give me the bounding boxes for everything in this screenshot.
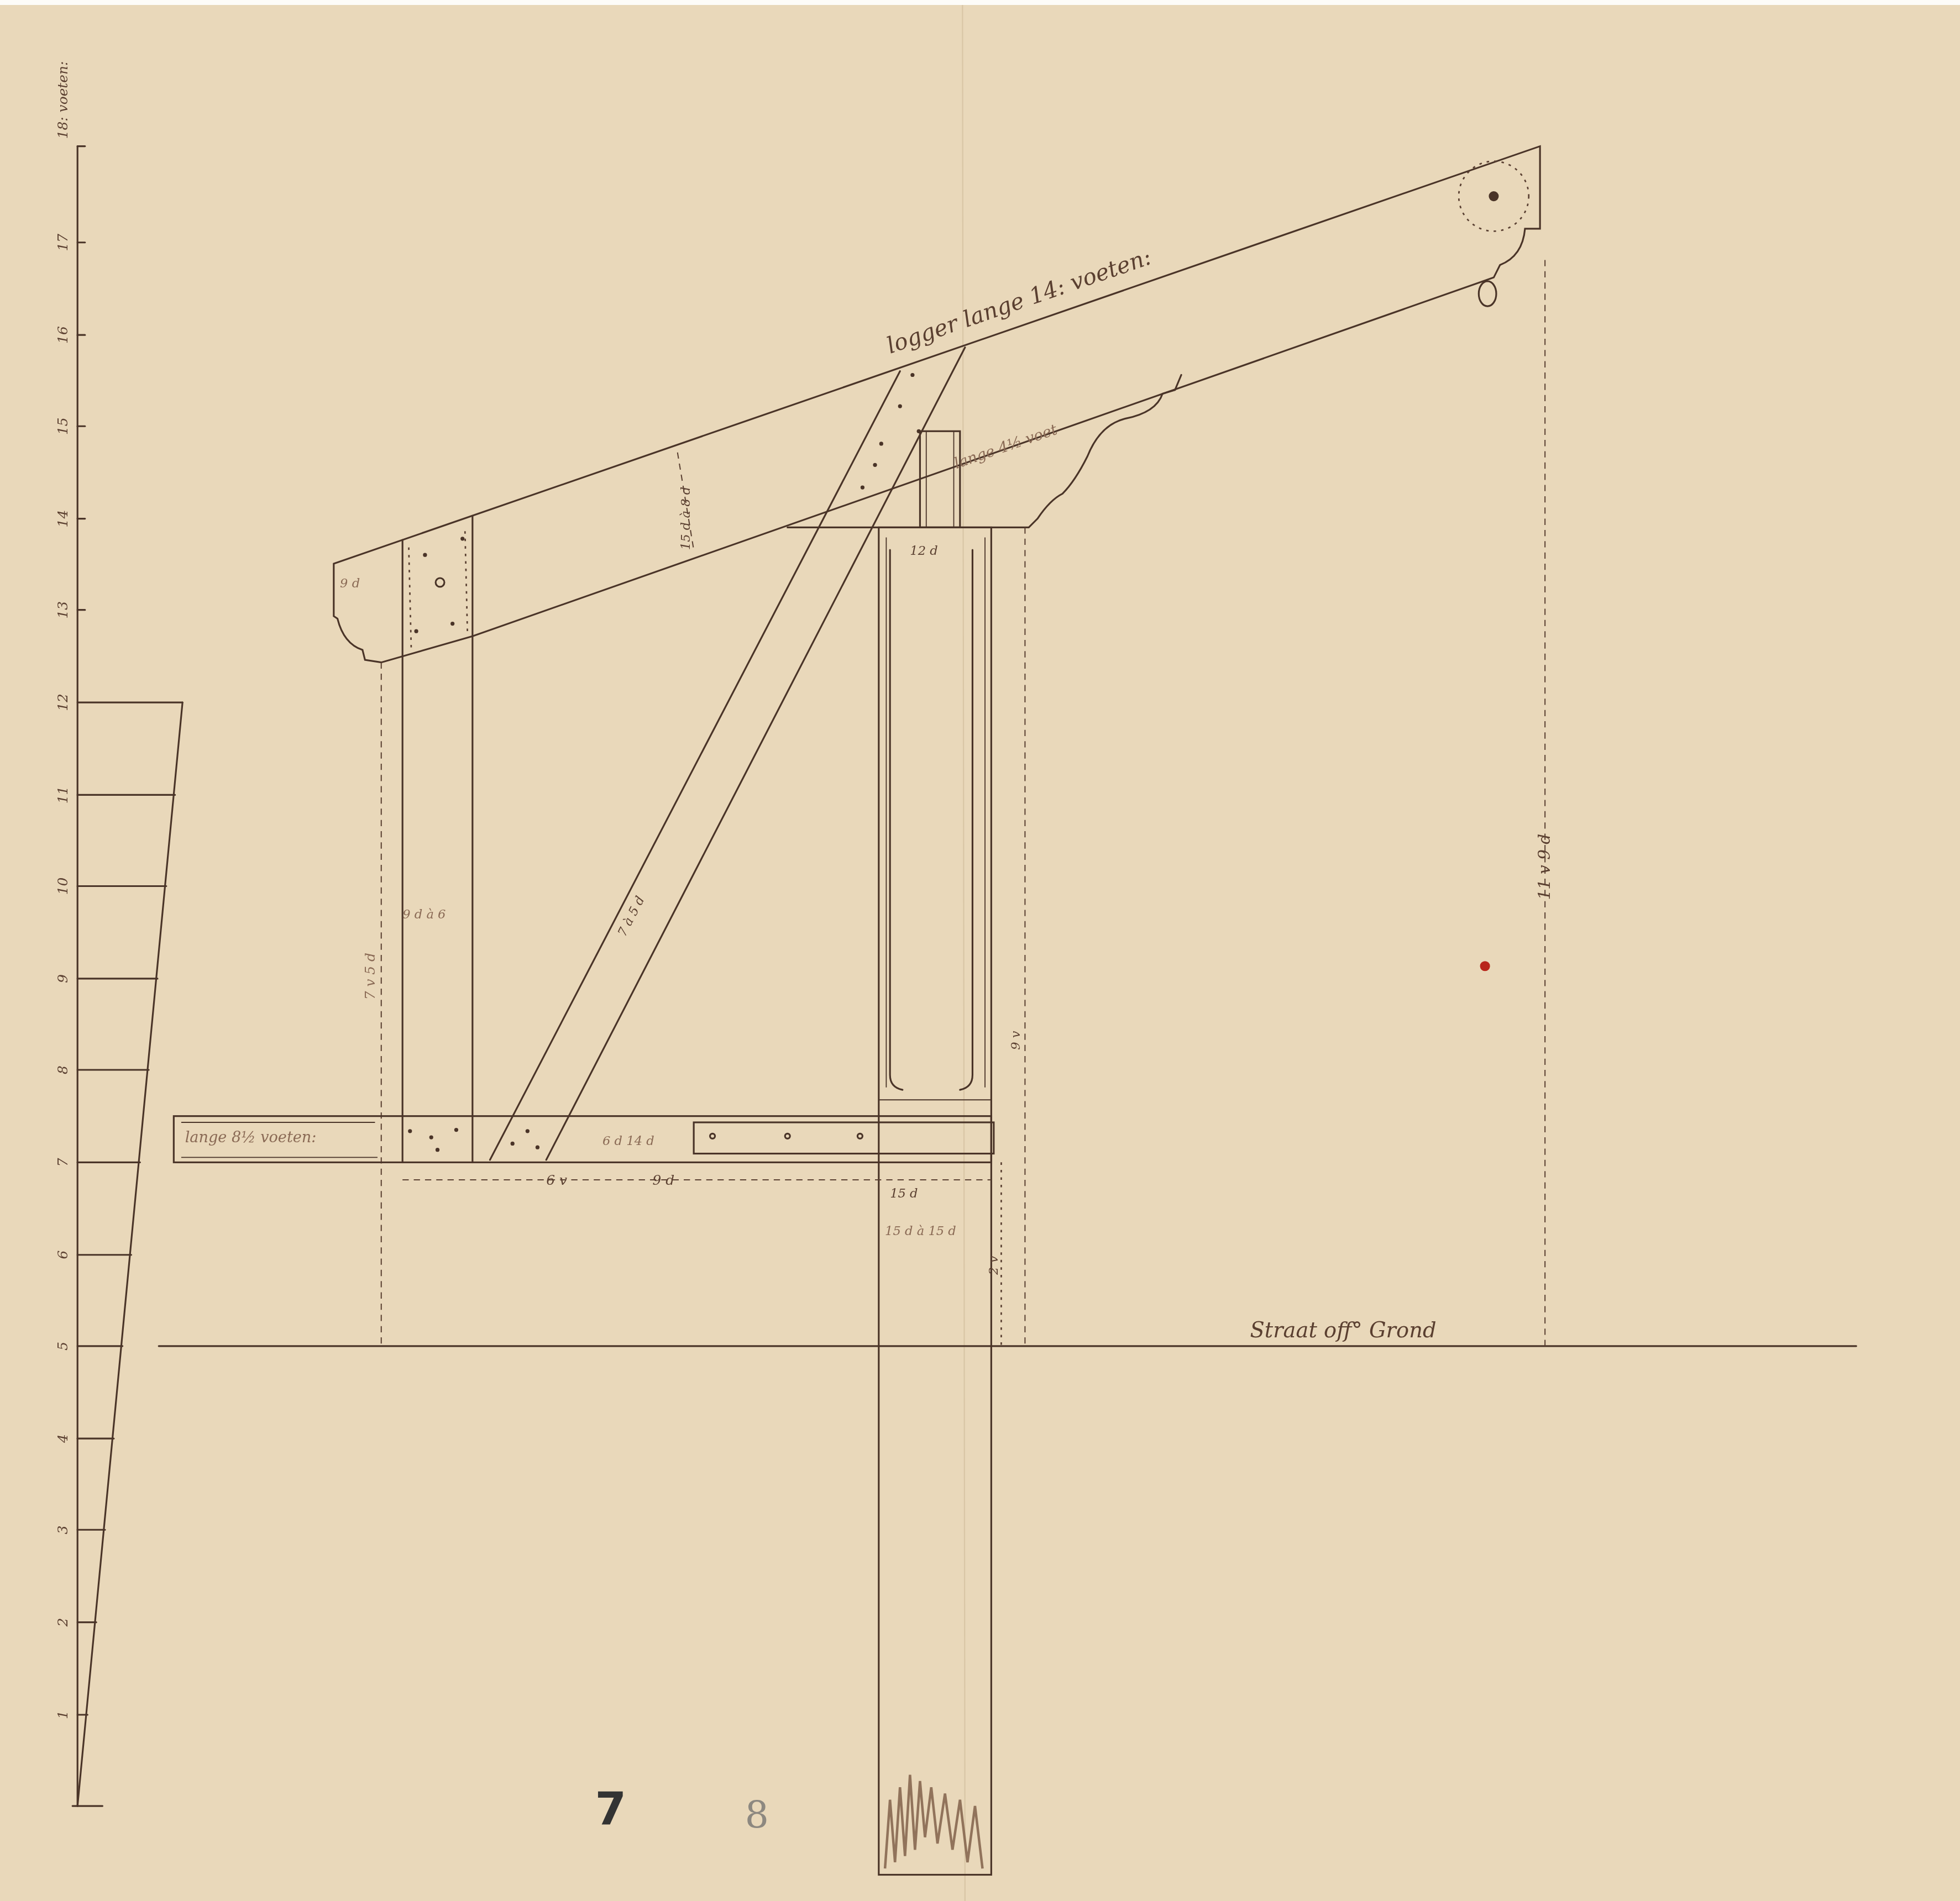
scale-tick-label: 5 [55,1342,71,1351]
dim-beam-end: 9 d [340,576,360,591]
scale-tick-label: 2 [55,1618,71,1627]
scale-tick-label: 15 [55,417,71,435]
scale-tick-label: 3 [55,1525,71,1534]
drawing-sheet: 1 2 3 4 5 6 7 8 9 10 11 12 13 14 15 16 1… [0,0,1960,1901]
dim-span-right: 9 d [652,1172,674,1188]
scale-tick-label: 6 [55,1251,71,1259]
scale-tick-label: 11 [55,786,71,804]
dim-left-post-width: 9 d à 6 [402,907,446,922]
scale-tick-label: 1 [55,1710,71,1719]
scale-tick-label: 17 [55,234,71,251]
scale-tick-label: 10 [55,878,71,895]
dim-span-left: 6 v [546,1172,567,1188]
scale-tick-label: 12 [55,694,71,711]
scale-tick-label: 16 [55,326,71,344]
dim-post-width-upper: 15 d [890,1186,918,1201]
scale-tick-label: 8 [55,1065,71,1074]
dim-base-depth: 6 d 14 d [602,1134,654,1148]
scale-tick-label: 14 [55,510,71,528]
ground-label: Straat off° Grond [1250,1318,1436,1343]
scale-tick-label: 7 [55,1158,71,1167]
sheet-number: 7 [595,1783,626,1836]
technical-drawing: 1 2 3 4 5 6 7 8 9 10 11 12 13 14 15 16 1… [0,0,1960,1901]
scale-tick-label: 4 [55,1434,71,1443]
pulley-axle [1489,191,1498,201]
scale-unit-label: 18: voeten: [55,61,71,139]
red-mark [1480,961,1490,971]
scale-tick-label: 13 [55,601,71,619]
dim-post-width-lower: 15 d à 15 d [885,1224,956,1238]
dim-total-height: 11 v 9 d [1535,834,1554,900]
dim-beam-depth: 15 d à 8 d [679,487,693,550]
scale-tick-label: 9 [55,974,71,983]
dim-post-height: 9 v [1009,1031,1023,1050]
dim-post-top: 12 d [910,544,937,558]
archive-mark: 8 [745,1793,769,1836]
dim-left-post-height: 7 v 5 d [362,953,378,1000]
base-beam-label: lange 8½ voeten: [185,1129,317,1146]
dim-below-beam: 2 v [987,1256,1001,1275]
